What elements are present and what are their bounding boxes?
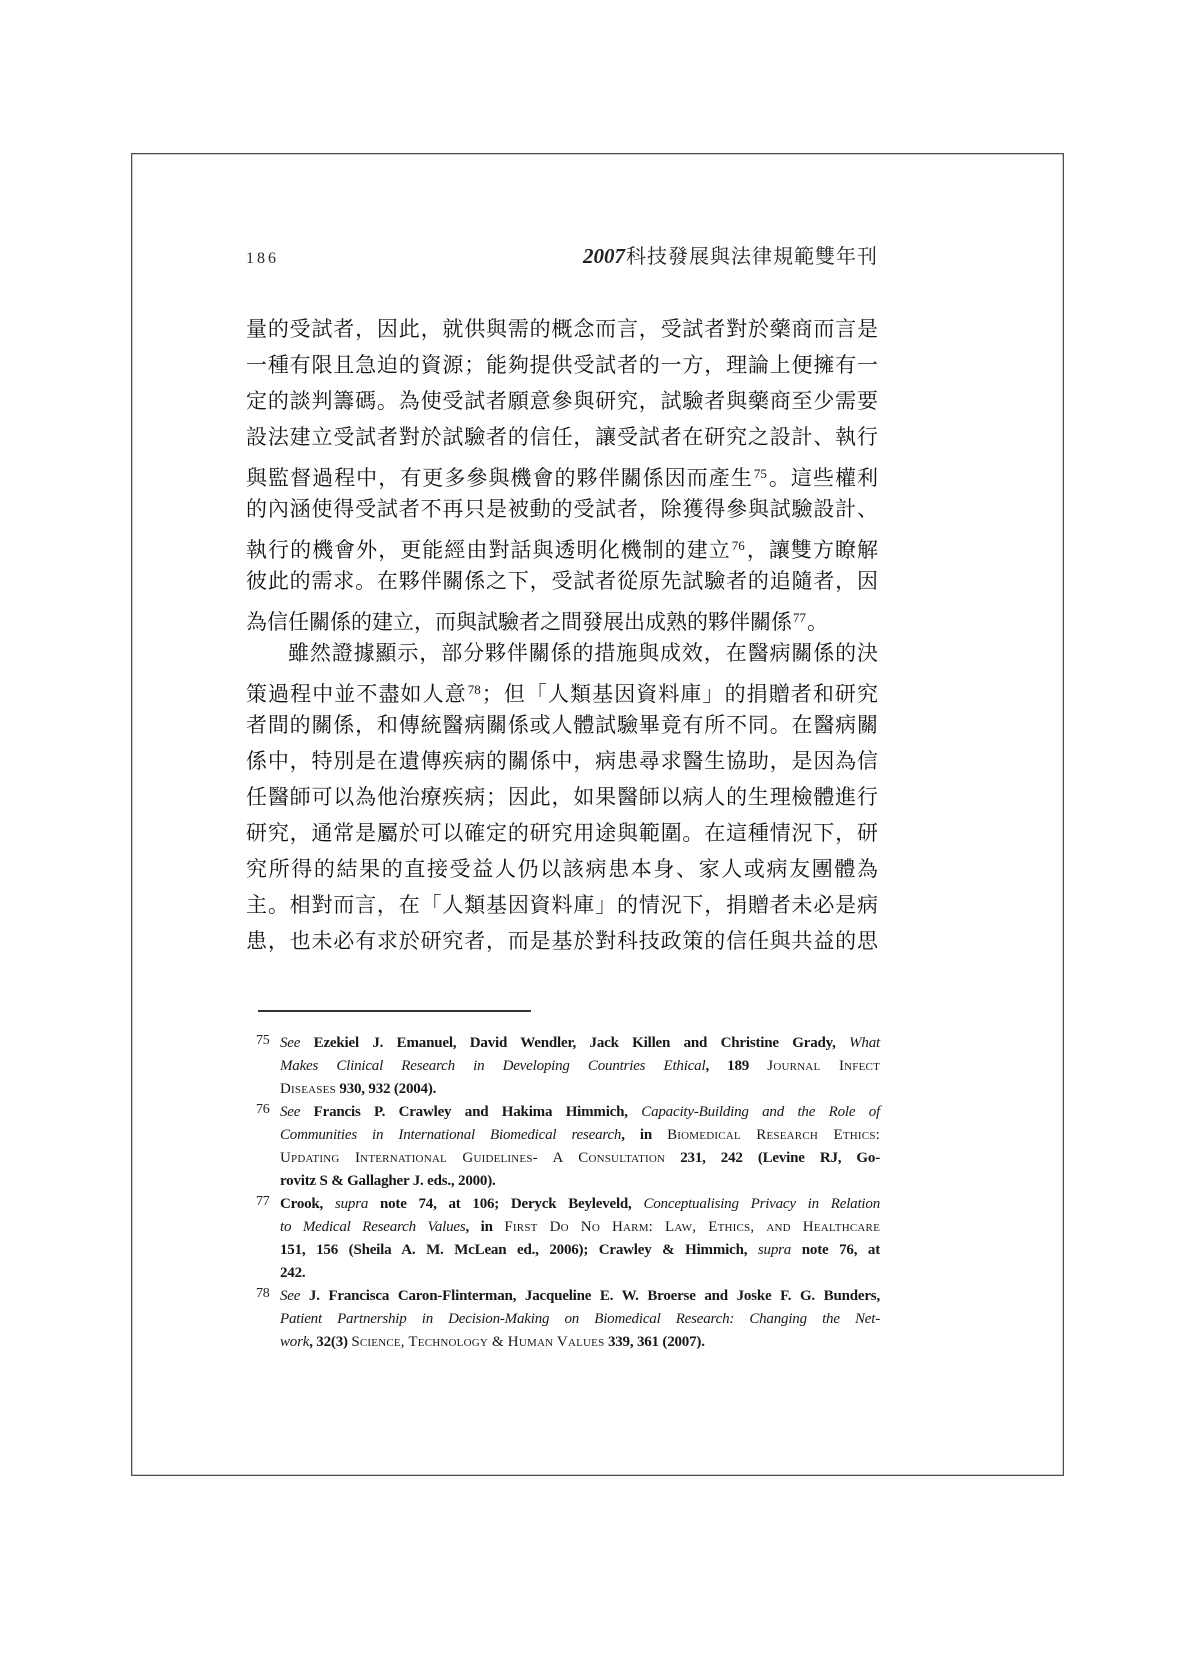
footnote-line: Patient Partnership in Decision-Making o… [280, 1308, 880, 1331]
footnote-line: See J. Francisca Caron-Flinterman, Jacqu… [280, 1285, 880, 1308]
footnote-number: 77 [256, 1194, 270, 1210]
footnote-line: Updating International Guidelines- A Con… [280, 1147, 880, 1170]
footnote: 76See Francis P. Crawley and Hakima Himm… [256, 1101, 880, 1193]
footnote: 75See Ezekiel J. Emanuel, David Wendler,… [256, 1032, 880, 1101]
footnote-line: rovitz S & Gallagher J. eds., 2000). [280, 1170, 880, 1193]
scanned-document-page: 186 2007科技發展與法律規範雙年刊 量的受試者，因此，就供與需的概念而言，… [0, 0, 1177, 1664]
body-text-line: 患，也未必有求於研究者，而是基於對科技政策的信任與共益的思 [246, 924, 878, 960]
footnote-line: Communities in International Biomedical … [280, 1124, 880, 1147]
journal-year: 2007 [583, 244, 625, 268]
body-text-line: 研究，通常是屬於可以確定的研究用途與範圍。在這種情況下，研 [246, 816, 878, 852]
body-text-line: 究所得的結果的直接受益人仍以該病患本身、家人或病友團體為 [246, 852, 878, 888]
page-number: 186 [246, 250, 279, 268]
page-header: 186 2007科技發展與法律規範雙年刊 [246, 240, 878, 269]
footnote-line: to Medical Research Values, in First Do … [280, 1216, 880, 1239]
body-text-line: 設法建立受試者對於試驗者的信任，讓受試者在研究之設計、執行 [246, 420, 878, 456]
body-text-line: 執行的機會外，更能經由對話與透明化機制的建立76，讓雙方瞭解 [246, 528, 878, 564]
body-text-line: 彼此的需求。在夥伴關係之下，受試者從原先試驗者的追隨者，因 [246, 564, 878, 600]
body-text-line: 的內涵使得受試者不再只是被動的受試者，除獲得參與試驗設計、 [246, 492, 878, 528]
body-text-line: 任醫師可以為他治療疾病；因此，如果醫師以病人的生理檢體進行 [246, 780, 878, 816]
body-text-line: 主。相對而言，在「人類基因資料庫」的情況下，捐贈者未必是病 [246, 888, 878, 924]
footnote-separator [258, 1010, 531, 1012]
footnote-line: See Ezekiel J. Emanuel, David Wendler, J… [280, 1032, 880, 1055]
footnote-number: 78 [256, 1286, 270, 1302]
footnote: 77Crook, supra note 74, at 106; Deryck B… [256, 1193, 880, 1285]
body-text-line: 定的談判籌碼。為使受試者願意參與研究，試驗者與藥商至少需要 [246, 384, 878, 420]
page-border-box: 186 2007科技發展與法律規範雙年刊 量的受試者，因此，就供與需的概念而言，… [131, 153, 1064, 1476]
journal-header: 2007科技發展與法律規範雙年刊 [583, 240, 878, 269]
footnote-line: Makes Clinical Research in Developing Co… [280, 1055, 880, 1078]
body-text-line: 雖然證據顯示，部分夥伴關係的措施與成效，在醫病關係的決 [246, 636, 878, 672]
footnote-line: 242. [280, 1262, 880, 1285]
body-text-line: 策過程中並不盡如人意78；但「人類基因資料庫」的捐贈者和研究 [246, 672, 878, 708]
body-text-line: 與監督過程中，有更多參與機會的夥伴關係因而產生75。這些權利 [246, 456, 878, 492]
footnote-line: Crook, supra note 74, at 106; Deryck Bey… [280, 1193, 880, 1216]
body-text-line: 係中，特別是在遺傳疾病的關係中，病患尋求醫生協助，是因為信 [246, 744, 878, 780]
journal-title: 科技發展與法律規範雙年刊 [626, 246, 878, 268]
footnotes: 75See Ezekiel J. Emanuel, David Wendler,… [256, 1032, 880, 1354]
footnote-line: See Francis P. Crawley and Hakima Himmic… [280, 1101, 880, 1124]
footnote: 78See J. Francisca Caron-Flinterman, Jac… [256, 1285, 880, 1354]
body-text-line: 為信任關係的建立，而與試驗者之間發展出成熟的夥伴關係77。 [246, 600, 878, 636]
body-text-line: 量的受試者，因此，就供與需的概念而言，受試者對於藥商而言是 [246, 312, 878, 348]
footnote-number: 75 [256, 1033, 270, 1049]
footnote-number: 76 [256, 1102, 270, 1118]
body-text-line: 者間的關係，和傳統醫病關係或人體試驗畢竟有所不同。在醫病關 [246, 708, 878, 744]
footnote-line: Diseases 930, 932 (2004). [280, 1078, 880, 1101]
footnote-line: 151, 156 (Sheila A. M. McLean ed., 2006)… [280, 1239, 880, 1262]
body-text: 量的受試者，因此，就供與需的概念而言，受試者對於藥商而言是一種有限且急迫的資源；… [246, 312, 878, 960]
footnote-line: work, 32(3) Science, Technology & Human … [280, 1331, 880, 1354]
body-text-line: 一種有限且急迫的資源；能夠提供受試者的一方，理論上便擁有一 [246, 348, 878, 384]
